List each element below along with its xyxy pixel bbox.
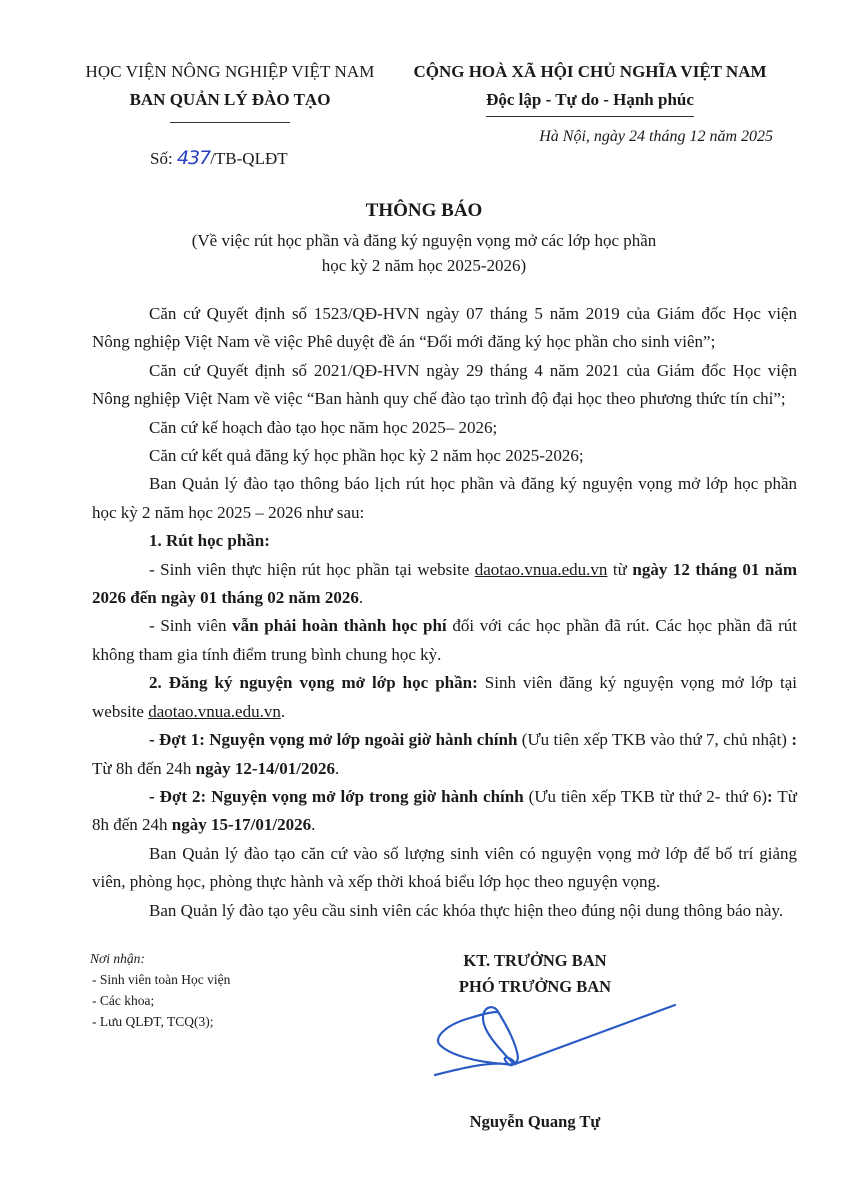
department-name: BAN QUẢN LÝ ĐÀO TẠO — [60, 86, 400, 114]
paragraph: Căn cứ Quyết định số 1523/QĐ-HVN ngày 07… — [92, 300, 797, 357]
paragraph: Ban Quản lý đào tạo yêu cầu sinh viên cá… — [92, 897, 797, 925]
paragraph: Căn cứ Quyết định số 2021/QĐ-HVN ngày 29… — [92, 357, 797, 414]
recipients-heading: Nơi nhận: — [90, 948, 230, 969]
paragraph: Ban Quản lý đào tạo căn cứ vào số lượng … — [92, 840, 797, 897]
paragraph: - Đợt 2: Nguyện vọng mở lớp trong giờ hà… — [92, 783, 797, 840]
section-heading: 2. Đăng ký nguyện vọng mở lớp học phần: — [149, 673, 478, 692]
signatory-title: KT. TRƯỞNG BAN PHÓ TRƯỞNG BAN — [430, 948, 640, 1000]
paragraph: Ban Quản lý đào tạo thông báo lịch rút h… — [92, 470, 797, 527]
paragraph: 2. Đăng ký nguyện vọng mở lớp học phần: … — [92, 669, 797, 726]
list-item: - Lưu QLĐT, TCQ(3); — [90, 1011, 230, 1032]
section-heading: 1. Rút học phần: — [92, 527, 797, 555]
handwritten-number: 437 — [177, 147, 210, 169]
list-item: - Sinh viên toàn Học viện — [90, 969, 230, 990]
document-number: Số: 437/TB-QLĐT — [150, 147, 288, 169]
paragraph: Căn cứ kết quả đăng ký học phần học kỳ 2… — [92, 442, 797, 470]
recipients-list: Nơi nhận: - Sinh viên toàn Học viện - Cá… — [90, 948, 230, 1032]
document-subtitle: (Về việc rút học phần và đăng ký nguyện … — [0, 228, 848, 278]
nation-name: CỘNG HOÀ XÃ HỘI CHỦ NGHĨA VIỆT NAM — [405, 58, 775, 86]
document-body: Căn cứ Quyết định số 1523/QĐ-HVN ngày 07… — [92, 300, 797, 925]
document-title: THÔNG BÁO — [0, 200, 848, 222]
org-name: HỌC VIỆN NÔNG NGHIỆP VIỆT NAM — [60, 58, 400, 86]
signature-icon — [425, 1000, 685, 1085]
website-link[interactable]: daotao.vnua.edu.vn — [148, 702, 281, 721]
national-motto: CỘNG HOÀ XÃ HỘI CHỦ NGHĨA VIỆT NAM Độc l… — [405, 58, 775, 117]
document-date: Hà Nội, ngày 24 tháng 12 năm 2025 — [539, 128, 773, 146]
list-item: - Các khoa; — [90, 990, 230, 1011]
paragraph: - Sinh viên thực hiện rút học phần tại w… — [92, 556, 797, 613]
paragraph: Căn cứ kế hoạch đào tạo học năm học 2025… — [92, 414, 797, 442]
issuing-organization: HỌC VIỆN NÔNG NGHIỆP VIỆT NAM BAN QUẢN L… — [60, 58, 400, 123]
website-link[interactable]: daotao.vnua.edu.vn — [475, 560, 608, 579]
paragraph: - Đợt 1: Nguyện vọng mở lớp ngoài giờ hà… — [92, 726, 797, 783]
divider — [170, 122, 290, 123]
motto: Độc lập - Tự do - Hạnh phúc — [486, 86, 694, 117]
paragraph: - Sinh viên vẫn phải hoàn thành học phí … — [92, 612, 797, 669]
signer-name: Nguyễn Quang Tự — [430, 1112, 640, 1132]
